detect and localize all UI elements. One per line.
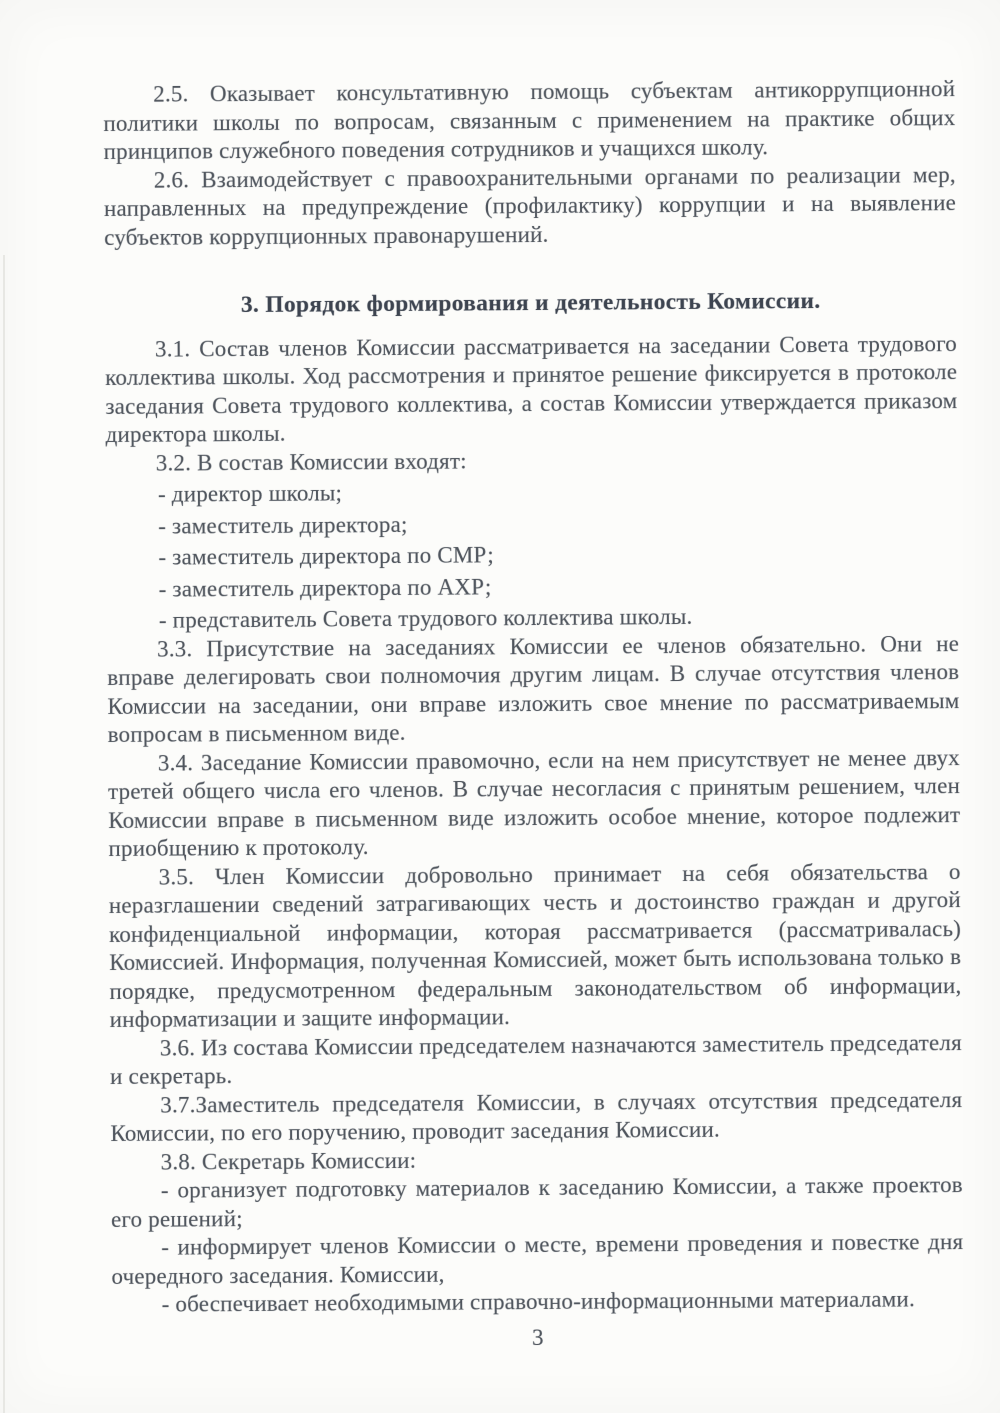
scan-edge-artifact [3, 255, 5, 1413]
list-item-deputy-smr: - заместитель директора по СМР; [106, 538, 958, 572]
page-number: 3 [112, 1321, 964, 1355]
paragraph-3-3: 3.3. Присутствие на заседаниях Комиссии … [107, 630, 960, 750]
paragraph-3-5: 3.5. Член Комиссии добровольно принимает… [109, 858, 962, 1035]
document-page: 2.5. Оказывает консультативную помощь су… [0, 0, 1000, 1413]
document-text-block: 2.5. Оказывает консультативную помощь су… [103, 75, 964, 1355]
paragraph-3-4: 3.4. Заседание Комиссии правомочно, если… [108, 744, 961, 864]
paragraph-3-6: 3.6. Из состава Комиссии председателем н… [110, 1029, 962, 1092]
paragraph-2-6: 2.6. Взаимодействует с правоохранительны… [104, 161, 957, 252]
list-item-deputy-director: - заместитель директора; [106, 507, 958, 541]
paragraph-3-2: 3.2. В состав Комиссии входят: [106, 444, 958, 478]
section-3-heading: 3. Порядок формирования и деятельность К… [105, 286, 957, 320]
secretary-duty-item-1: - организует подготовку материалов к зас… [111, 1171, 963, 1234]
secretary-duty-item-2: - информирует членов Комиссии о месте, в… [111, 1228, 963, 1291]
commission-member-list: - директор школы; - заместитель директор… [106, 475, 959, 635]
paragraph-3-1: 3.1. Состав членов Комиссии рассматривае… [105, 330, 958, 450]
list-item-director: - директор школы; [106, 475, 958, 509]
paragraph-2-5: 2.5. Оказывает консультативную помощь су… [103, 75, 956, 166]
list-item-deputy-ahr: - заместитель директора по АХР; [107, 570, 959, 604]
paragraph-3-7: 3.7.Заместитель председателя Комиссии, в… [110, 1086, 962, 1149]
secretary-duty-item-3: - обеспечивает необходимыми справочно-ин… [112, 1285, 964, 1319]
